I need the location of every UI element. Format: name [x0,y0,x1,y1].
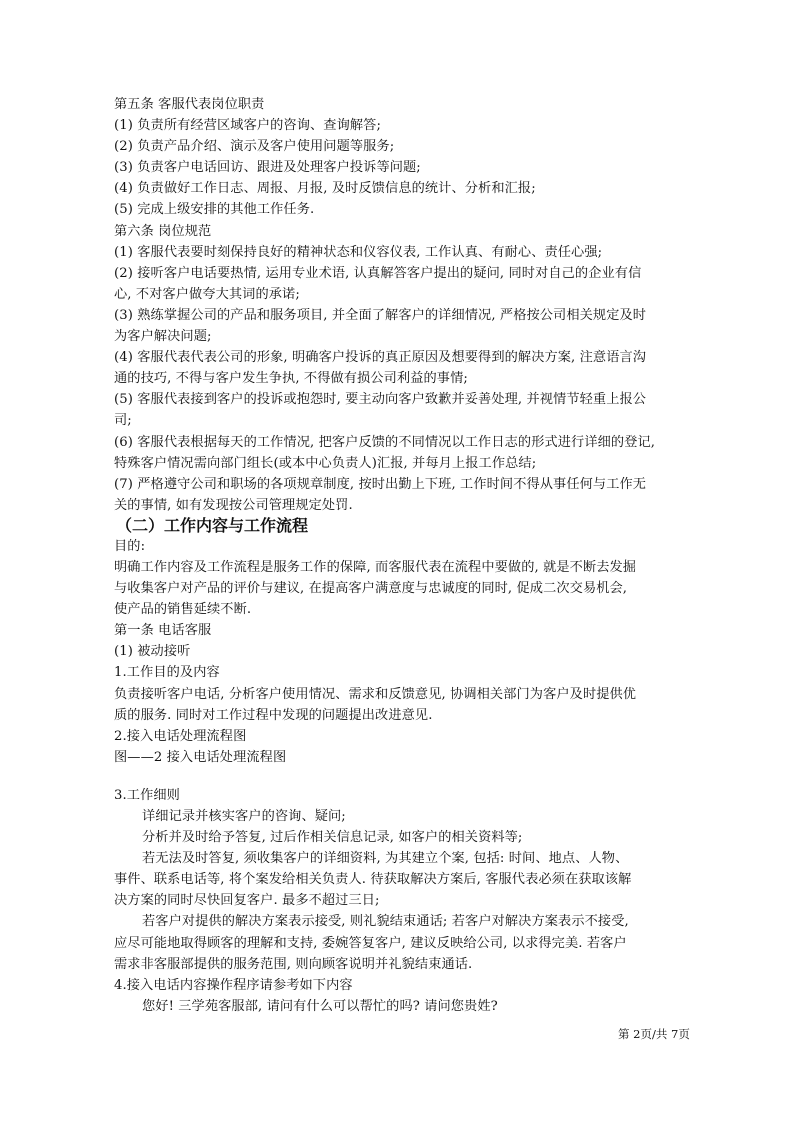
paragraph-line: 明确工作内容及工作流程是服务工作的保障, 而客服代表在流程中要做的, 就是不断去… [114,557,686,578]
flowchart-placeholder [114,768,686,785]
paragraph-line: 为客户解决问题; [114,326,686,347]
paragraph-line: 第六条 岗位规范 [114,221,686,242]
paragraph-line: 分析并及时给予答复, 过后作相关信息记录, 如客户的相关资料等; [114,827,686,848]
paragraph-line: 需求非客服部提供的服务范围, 则向顾客说明并礼貌结束通话. [114,954,686,975]
paragraph-line: (6) 客服代表根据每天的工作情况, 把客户反馈的不同情况以工作日志的形式进行详… [114,432,686,453]
paragraph-line: (1) 被动接听 [114,641,686,662]
job-duties-section: 第五条 客服代表岗位职责(1) 负责所有经营区域客户的咨询、查询解答;(2) 负… [114,94,686,516]
paragraph-line: 3.工作细则 [114,785,686,806]
section-heading: （二）工作内容与工作流程 [114,516,686,536]
paragraph-line: 详细记录并核实客户的咨询、疑问; [114,806,686,827]
paragraph-line: (2) 接听客户电话要热情, 运用专业术语, 认真解答客户提出的疑问, 同时对自… [114,263,686,284]
paragraph-line: 第一条 电话客服 [114,620,686,641]
paragraph-line: 应尽可能地取得顾客的理解和支持, 委婉答复客户, 建议反映给公司, 以求得完美.… [114,933,686,954]
paragraph-line: 与收集客户对产品的评价与建议, 在提高客户满意度与忠诚度的同时, 促成二次交易机… [114,578,686,599]
paragraph-line: (4) 负责做好工作日志、周报、月报, 及时反馈信息的统计、分析和汇报; [114,178,686,199]
paragraph-line: 2.接入电话处理流程图 [114,726,686,747]
paragraph-line: 事件、联系电话等, 将个案发给相关负责人. 待获取解决方案后, 客服代表必须在获… [114,869,686,890]
paragraph-line: 心, 不对客户做夸大其词的承诺; [114,284,686,305]
paragraph-line: (5) 完成上级安排的其他工作任务. [114,199,686,220]
page-number: 第 2页/共 7页 [618,1026,690,1042]
paragraph-line: 负责接听客户电话, 分析客户使用情况、需求和反馈意见, 协调相关部门为客户及时提… [114,684,686,705]
paragraph-line: 司; [114,410,686,431]
paragraph-line: 目的: [114,536,686,557]
paragraph-line: (2) 负责产品介绍、演示及客户使用问题等服务; [114,136,686,157]
document-body: 第五条 客服代表岗位职责(1) 负责所有经营区域客户的咨询、查询解答;(2) 负… [114,94,686,1017]
paragraph-line: (7) 严格遵守公司和职场的各项规章制度, 按时出勤上下班, 工作时间不得从事任… [114,474,686,495]
paragraph-line: 若无法及时答复, 须收集客户的详细资料, 为其建立个案, 包括: 时间、地点、人… [114,848,686,869]
document-page: 第五条 客服代表岗位职责(1) 负责所有经营区域客户的咨询、查询解答;(2) 负… [0,0,793,1122]
work-details-section: 3.工作细则详细记录并核实客户的咨询、疑问;分析并及时给予答复, 过后作相关信息… [114,785,686,1017]
paragraph-line: (5) 客服代表接到客户的投诉或抱怨时, 要主动向客户致歉并妥善处理, 并视情节… [114,389,686,410]
paragraph-line: 特殊客户情况需向部门组长(或本中心负责人)汇报, 并每月上报工作总结; [114,453,686,474]
paragraph-line: 关的事情, 如有发现按公司管理规定处罚. [114,495,686,516]
workflow-section: 目的:明确工作内容及工作流程是服务工作的保障, 而客服代表在流程中要做的, 就是… [114,536,686,768]
paragraph-line: (1) 负责所有经营区域客户的咨询、查询解答; [114,115,686,136]
paragraph-line: 质的服务. 同时对工作过程中发现的问题提出改进意见. [114,705,686,726]
paragraph-line: 通的技巧, 不得与客户发生争执, 不得做有损公司利益的事情; [114,368,686,389]
paragraph-line: 4.接入电话内容操作程序请参考如下内容 [114,975,686,996]
paragraph-line: 若客户对提供的解决方案表示接受, 则礼貌结束通话; 若客户对解决方案表示不接受, [114,911,686,932]
paragraph-line: (4) 客服代表代表公司的形象, 明确客户投诉的真正原因及想要得到的解决方案, … [114,347,686,368]
paragraph-line: (3) 熟练掌握公司的产品和服务项目, 并全面了解客户的详细情况, 严格按公司相… [114,305,686,326]
paragraph-line: 1.工作目的及内容 [114,662,686,683]
paragraph-line: 图——2 接入电话处理流程图 [114,747,686,768]
paragraph-line: 您好! 三学苑客服部, 请问有什么可以帮忙的吗? 请问您贵姓? [114,996,686,1017]
paragraph-line: (3) 负责客户电话回访、跟进及处理客户投诉等问题; [114,157,686,178]
paragraph-line: (1) 客服代表要时刻保持良好的精神状态和仪容仪表, 工作认真、有耐心、责任心强… [114,242,686,263]
paragraph-line: 第五条 客服代表岗位职责 [114,94,686,115]
paragraph-line: 决方案的同时尽快回复客户. 最多不超过三日; [114,890,686,911]
paragraph-line: 使产品的销售延续不断. [114,599,686,620]
